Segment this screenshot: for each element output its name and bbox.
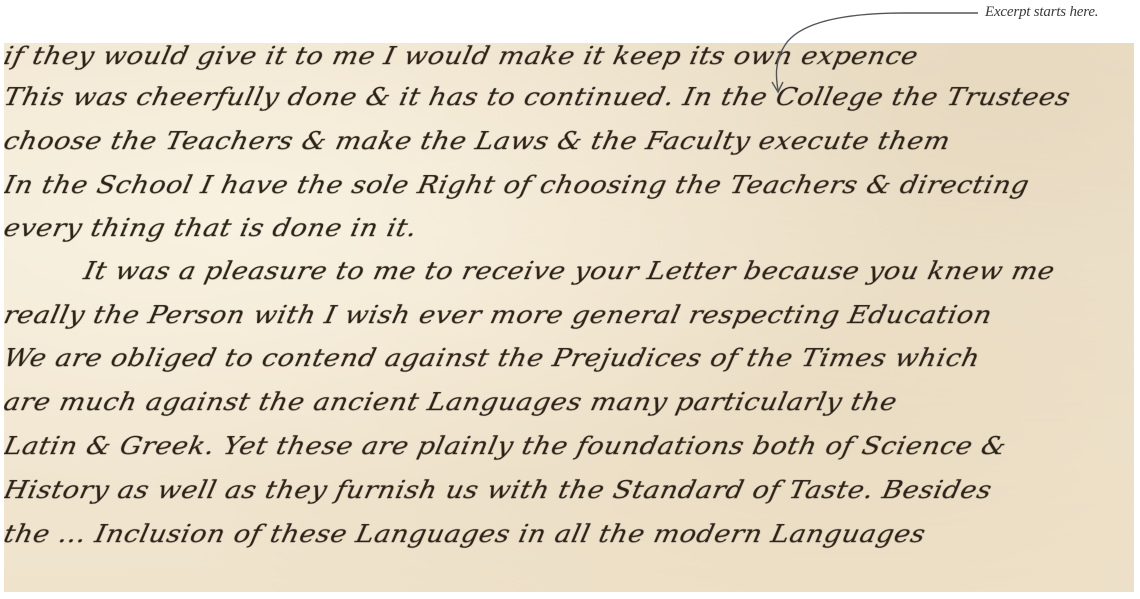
manuscript-line-9: are much against the ancient Languages m… bbox=[4, 383, 1134, 423]
manuscript-line-5: every thing that is done in it. bbox=[4, 209, 1134, 249]
manuscript-line-6: It was a pleasure to me to receive your … bbox=[80, 252, 1134, 292]
callout-label: Excerpt starts here. bbox=[985, 4, 1098, 21]
manuscript-line-12: the ... Inclusion of these Languages in … bbox=[4, 515, 1134, 555]
manuscript-line-11: History as well as they furnish us with … bbox=[4, 471, 1134, 511]
manuscript-line-10: Latin & Greek. Yet these are plainly the… bbox=[4, 427, 1134, 467]
manuscript-line-1: if they would give it to me I would make… bbox=[4, 43, 1134, 77]
manuscript-line-2: This was cheerfully done & it has to con… bbox=[4, 78, 1134, 118]
manuscript-line-3: choose the Teachers & make the Laws & th… bbox=[4, 122, 1134, 162]
manuscript-line-7: really the Person with I wish ever more … bbox=[4, 296, 1134, 336]
manuscript-page: if they would give it to me I would make… bbox=[4, 43, 1134, 592]
manuscript-line-8: We are obliged to contend against the Pr… bbox=[4, 339, 1134, 379]
manuscript-line-4: In the School I have the sole Right of c… bbox=[4, 166, 1134, 206]
